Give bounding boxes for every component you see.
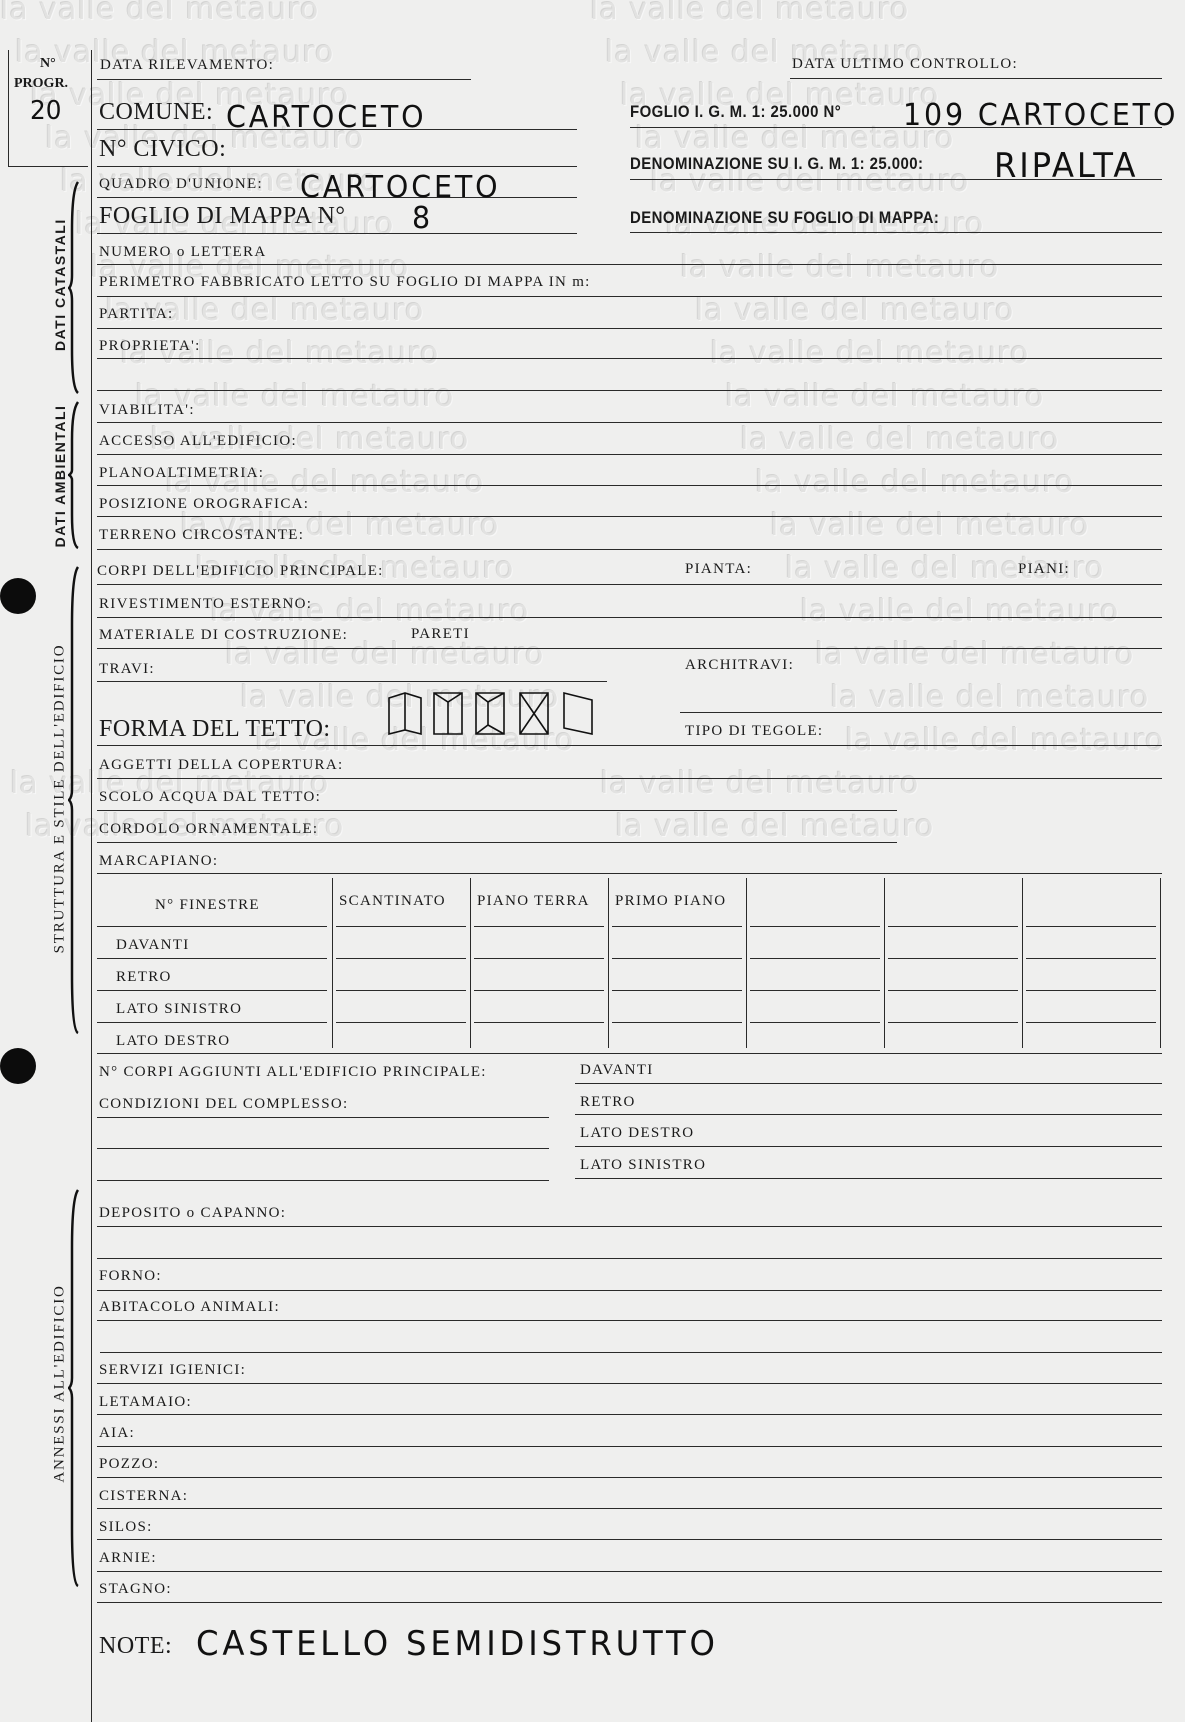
table-cell[interactable] <box>336 960 466 988</box>
table-row-label: DAVANTI <box>116 937 190 954</box>
forma-tetto-label: FORMA DEL TETTO: <box>99 716 331 743</box>
abitacolo-label: ABITACOLO ANIMALI: <box>99 1299 280 1316</box>
letamaio-label: LETAMAIO: <box>99 1394 192 1411</box>
quadro-label: QUADRO D'UNIONE: <box>99 176 263 193</box>
cell-divider <box>612 926 742 927</box>
struttura-brace <box>68 565 82 1035</box>
aggetti-label: AGGETTI DELLA COPERTURA: <box>99 757 343 774</box>
watermark-text: la valle del metauro <box>0 0 319 27</box>
watermark-text: la valle del metauro <box>615 809 934 844</box>
table-cell[interactable] <box>750 928 880 956</box>
cell-divider <box>336 958 466 959</box>
table-cell[interactable] <box>1026 960 1156 988</box>
terreno-label: TERRENO CIRCOSTANTE: <box>99 527 304 544</box>
table-cell[interactable] <box>612 1024 742 1052</box>
cell-divider <box>474 926 604 927</box>
watermark-text: la valle del metauro <box>680 250 999 285</box>
watermark-text: la valle del metauro <box>800 594 1119 629</box>
forno-label: FORNO: <box>99 1268 162 1285</box>
partita-label: PARTITA: <box>99 306 173 323</box>
cisterna-label: CISTERNA: <box>99 1488 188 1505</box>
cell-divider <box>336 926 466 927</box>
denominazione-igm-value[interactable]: RIPALTA <box>994 146 1138 186</box>
table-cell[interactable] <box>612 960 742 988</box>
civico-label: N° CIVICO: <box>99 136 226 163</box>
foglio-mappa-value[interactable]: 8 <box>412 201 433 236</box>
cell-divider <box>750 990 880 991</box>
comune-value[interactable]: CARTOCETO <box>226 100 426 135</box>
column-header: SCANTINATO <box>339 893 446 910</box>
cell-divider <box>888 1022 1018 1023</box>
cell-divider <box>612 958 742 959</box>
cell-divider <box>1026 958 1156 959</box>
progr-value: 20 <box>30 96 61 126</box>
posizione-label: POSIZIONE OROGRAFICA: <box>99 496 309 513</box>
punch-hole <box>0 578 36 614</box>
table-cell[interactable] <box>1026 1024 1156 1052</box>
foglio-mappa-label: FOGLIO DI MAPPA N° <box>99 203 345 230</box>
denominazione-mappa-label: DENOMINAZIONE SU FOGLIO DI MAPPA: <box>630 208 939 228</box>
table-column-divider <box>332 878 333 1048</box>
cell-divider <box>336 990 466 991</box>
travi-label: TRAVI: <box>99 661 155 678</box>
annessi-brace <box>68 1188 82 1588</box>
table-cell[interactable] <box>612 928 742 956</box>
corpi-side-lato-destro: LATO DESTRO <box>580 1125 694 1142</box>
punch-hole <box>0 1048 36 1084</box>
table-cell[interactable] <box>750 992 880 1020</box>
numero-lettera-label: NUMERO o LETTERA <box>99 244 266 261</box>
table-cell[interactable] <box>1026 928 1156 956</box>
cell-divider <box>750 926 880 927</box>
scolo-label: SCOLO ACQUA DAL TETTO: <box>99 789 321 806</box>
progr-label-n: N° <box>40 56 56 72</box>
corpi-label: CORPI DELL'EDIFICIO PRINCIPALE: <box>97 563 384 580</box>
architravi-label: ARCHITRAVI: <box>685 657 794 674</box>
cell-divider <box>612 1022 742 1023</box>
viabilita-label: VIABILITA': <box>99 402 195 419</box>
row-divider <box>97 926 327 927</box>
table-row-label: LATO DESTRO <box>116 1033 230 1050</box>
servizi-label: SERVIZI IGIENICI: <box>99 1362 246 1379</box>
corpi-side-retro: RETRO <box>580 1094 636 1111</box>
stagno-label: STAGNO: <box>99 1581 172 1598</box>
table-cell[interactable] <box>1026 992 1156 1020</box>
table-column-divider <box>470 878 471 1048</box>
cell-divider <box>474 1022 604 1023</box>
ambientali-brace <box>68 400 82 550</box>
watermark-text: la valle del metauro <box>600 766 919 801</box>
pianta-label: PIANTA: <box>685 561 752 578</box>
table-cell[interactable] <box>336 928 466 956</box>
note-value[interactable]: CASTELLO SEMIDISTRUTTO <box>196 1624 719 1664</box>
table-column-divider <box>1022 878 1023 1048</box>
quadro-value[interactable]: CARTOCETO <box>300 170 500 205</box>
catastali-brace <box>68 180 82 395</box>
row-divider <box>97 958 327 959</box>
watermark-text: la valle del metauro <box>725 379 1044 414</box>
column-header: PIANO TERRA <box>477 893 590 910</box>
row-divider <box>97 990 327 991</box>
cell-divider <box>336 1022 466 1023</box>
pareti-label: PARETI <box>411 626 470 643</box>
denominazione-igm-label: DENOMINAZIONE SU I. G. M. 1: 25.000: <box>630 154 923 174</box>
comune-label: COMUNE: <box>99 99 213 126</box>
perimetro-label: PERIMETRO FABBRICATO LETTO SU FOGLIO DI … <box>99 274 591 291</box>
table-column-divider <box>746 878 747 1048</box>
table-cell[interactable] <box>888 1024 1018 1052</box>
table-cell[interactable] <box>474 960 604 988</box>
watermark-text: la valle del metauro <box>740 422 1059 457</box>
tipo-tegole-label: TIPO DI TEGOLE: <box>685 723 823 740</box>
marcapiano-label: MARCAPIANO: <box>99 853 218 870</box>
aia-label: AIA: <box>99 1425 135 1442</box>
table-cell[interactable] <box>888 992 1018 1020</box>
watermark-text: la valle del metauro <box>815 637 1134 672</box>
cell-divider <box>888 990 1018 991</box>
watermark-text: la valle del metauro <box>845 723 1164 758</box>
table-row-label: LATO SINISTRO <box>116 1001 242 1018</box>
section-label-struttura: STRUTTURA E STILE DELL'EDIFICIO <box>52 634 69 964</box>
row-divider <box>97 1022 327 1023</box>
watermark-text: la valle del metauro <box>710 336 1029 371</box>
table-cell[interactable] <box>612 992 742 1020</box>
table-cell[interactable] <box>474 928 604 956</box>
hip-roof-icon[interactable] <box>432 690 464 736</box>
accesso-label: ACCESSO ALL'EDIFICIO: <box>99 433 297 450</box>
pyramid-roof-icon[interactable] <box>518 690 550 736</box>
table-cell[interactable] <box>750 960 880 988</box>
table-cell[interactable] <box>888 960 1018 988</box>
foglio-igm-value[interactable]: 109 CARTOCETO <box>903 98 1178 133</box>
watermark-text: la valle del metauro <box>770 508 1089 543</box>
gable-roof-icon[interactable] <box>387 690 423 736</box>
corpi-side-lato-sinistro: LATO SINISTRO <box>580 1157 706 1174</box>
table-row-label: RETRO <box>116 969 172 986</box>
piani-label: PIANI: <box>1018 561 1070 578</box>
cell-divider <box>750 958 880 959</box>
watermark-text: la valle del metauro <box>695 293 1014 328</box>
cell-divider <box>1026 1022 1156 1023</box>
cell-divider <box>474 958 604 959</box>
table-column-divider <box>884 878 885 1048</box>
materiale-label: MATERIALE DI COSTRUZIONE: <box>99 627 348 644</box>
cell-divider <box>888 926 1018 927</box>
cell-divider <box>750 1022 880 1023</box>
section-label-annessi: ANNESSI ALL'EDIFICIO <box>52 1259 69 1509</box>
cell-divider <box>1026 990 1156 991</box>
cordolo-label: CORDOLO ORNAMENTALE: <box>99 821 318 838</box>
table-column-divider <box>1160 878 1161 1048</box>
cell-divider <box>1026 926 1156 927</box>
table-cell[interactable] <box>336 992 466 1020</box>
watermark-text: la valle del metauro <box>590 0 909 27</box>
corpi-side-davanti: DAVANTI <box>580 1062 654 1079</box>
shed-roof-icon[interactable] <box>562 690 594 736</box>
foglio-igm-label: FOGLIO I. G. M. 1: 25.000 N° <box>630 102 841 122</box>
table-cell[interactable] <box>474 992 604 1020</box>
table-cell[interactable] <box>888 928 1018 956</box>
deposito-label: DEPOSITO o CAPANNO: <box>99 1205 286 1222</box>
half-hip-roof-icon[interactable] <box>474 690 506 736</box>
progr-label: PROGR. <box>14 76 68 92</box>
table-cell[interactable] <box>750 1024 880 1052</box>
section-label-ambientali: DATI AMBIENTALI <box>52 396 68 556</box>
cell-divider <box>888 958 1018 959</box>
data-rilevamento-label: DATA RILEVAMENTO: <box>100 57 274 74</box>
arnie-label: ARNIE: <box>99 1550 157 1567</box>
table-column-divider <box>608 878 609 1048</box>
table-cell[interactable] <box>336 1024 466 1052</box>
table-cell[interactable] <box>474 1024 604 1052</box>
data-ultimo-controllo-label: DATA ULTIMO CONTROLLO: <box>792 56 1018 73</box>
note-label: NOTE: <box>99 1633 172 1660</box>
watermark-text: la valle del metauro <box>755 465 1074 500</box>
watermark-text: la valle del metauro <box>830 680 1149 715</box>
cell-divider <box>474 990 604 991</box>
proprieta-label: PROPRIETA': <box>99 338 201 355</box>
pozzo-label: POZZO: <box>99 1456 159 1473</box>
condizioni-label: CONDIZIONI DEL COMPLESSO: <box>99 1096 348 1113</box>
rivestimento-label: RIVESTIMENTO ESTERNO: <box>99 596 312 613</box>
planoaltimetria-label: PLANOALTIMETRIA: <box>99 465 264 482</box>
cell-divider <box>612 990 742 991</box>
section-label-catastali: DATI CATASTALI <box>52 221 68 351</box>
finestre-header: N° FINESTRE <box>155 897 260 914</box>
column-header: PRIMO PIANO <box>615 893 726 910</box>
corpi-aggiunti-label: N° CORPI AGGIUNTI ALL'EDIFICIO PRINCIPAL… <box>99 1064 487 1081</box>
silos-label: SILOS: <box>99 1519 153 1536</box>
